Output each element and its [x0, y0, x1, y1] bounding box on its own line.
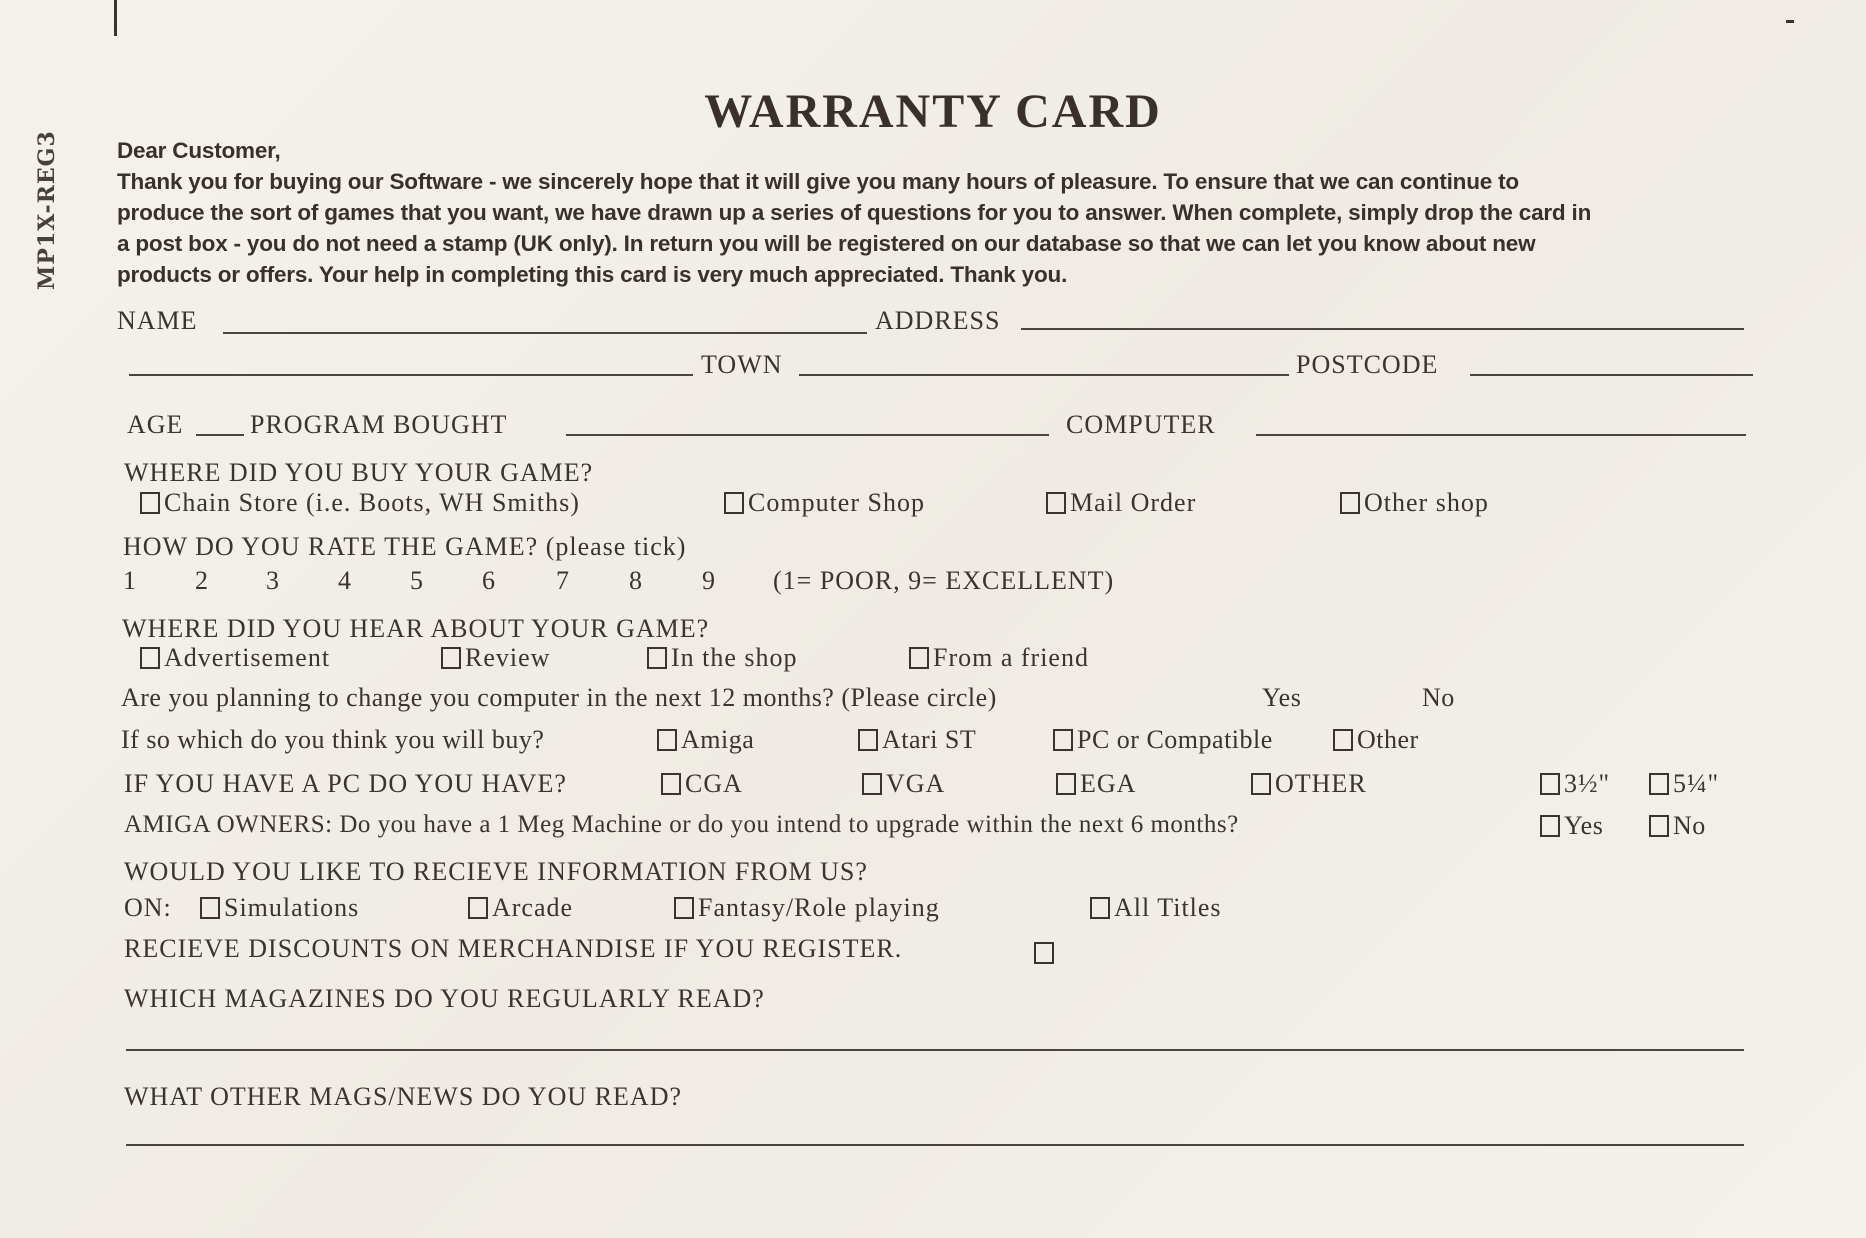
- option-amiga-no[interactable]: No: [1649, 811, 1706, 841]
- address-field[interactable]: [1021, 328, 1744, 330]
- option-simulations[interactable]: Simulations: [200, 893, 359, 923]
- option-pc-compatible[interactable]: PC or Compatible: [1053, 725, 1273, 755]
- checkbox[interactable]: [661, 773, 681, 795]
- checkbox[interactable]: [1251, 773, 1271, 795]
- option-cga[interactable]: CGA: [661, 769, 743, 799]
- option-in-the-shop[interactable]: In the shop: [647, 643, 798, 673]
- rating-9[interactable]: 9: [702, 566, 716, 596]
- option-other-computer[interactable]: Other: [1333, 725, 1419, 755]
- checkbox[interactable]: [858, 729, 878, 751]
- name-label: NAME: [117, 306, 198, 336]
- checkbox[interactable]: [1056, 773, 1076, 795]
- option-all-titles[interactable]: All Titles: [1090, 893, 1222, 923]
- checkbox[interactable]: [909, 647, 929, 669]
- info-question: WOULD YOU LIKE TO RECIEVE INFORMATION FR…: [124, 857, 868, 887]
- option-amiga[interactable]: Amiga: [657, 725, 754, 755]
- option-atari-st[interactable]: Atari ST: [858, 725, 976, 755]
- rating-2[interactable]: 2: [195, 566, 209, 596]
- checkbox[interactable]: [1340, 492, 1360, 514]
- checkbox[interactable]: [441, 647, 461, 669]
- rating-3[interactable]: 3: [266, 566, 280, 596]
- program-bought-label: PROGRAM BOUGHT: [250, 410, 507, 440]
- option-from-a-friend[interactable]: From a friend: [909, 643, 1089, 673]
- checkbox[interactable]: [1053, 729, 1073, 751]
- other-mags-question: WHAT OTHER MAGS/NEWS DO YOU READ?: [124, 1082, 682, 1112]
- checkbox[interactable]: [724, 492, 744, 514]
- town-field[interactable]: [799, 374, 1289, 376]
- form-code: MP1X-REG3: [34, 130, 60, 290]
- rating-7[interactable]: 7: [556, 566, 570, 596]
- name-field[interactable]: [223, 332, 867, 334]
- checkbox[interactable]: [468, 897, 488, 919]
- pc-have-question: IF YOU HAVE A PC DO YOU HAVE?: [124, 769, 567, 799]
- checkbox[interactable]: [1540, 815, 1560, 837]
- postcode-label: POSTCODE: [1296, 350, 1438, 380]
- which-buy-question: If so which do you think you will buy?: [121, 725, 544, 755]
- rating-4[interactable]: 4: [338, 566, 352, 596]
- checkbox[interactable]: [862, 773, 882, 795]
- trim-mark: [1786, 20, 1794, 23]
- checkbox[interactable]: [1333, 729, 1353, 751]
- warranty-card: MP1X-REG3 WARRANTY CARD Dear Customer, T…: [0, 0, 1866, 1238]
- change-computer-question: Are you planning to change you computer …: [121, 683, 997, 713]
- town-label: TOWN: [701, 350, 783, 380]
- option-review[interactable]: Review: [441, 643, 550, 673]
- card-title: WARRANTY CARD: [0, 84, 1866, 139]
- other-mags-field[interactable]: [126, 1144, 1744, 1146]
- trim-mark: [114, 0, 117, 36]
- program-bought-field[interactable]: [566, 434, 1049, 436]
- rating-8[interactable]: 8: [629, 566, 643, 596]
- intro-line: a post box - you do not need a stamp (UK…: [117, 228, 1747, 259]
- intro-line: Thank you for buying our Software - we s…: [117, 166, 1747, 197]
- where-hear-question: WHERE DID YOU HEAR ABOUT YOUR GAME?: [122, 614, 709, 644]
- checkbox[interactable]: [1649, 815, 1669, 837]
- option-other-shop[interactable]: Other shop: [1340, 488, 1489, 518]
- age-label: AGE: [127, 410, 183, 440]
- intro-text: Dear Customer, Thank you for buying our …: [117, 135, 1747, 290]
- checkbox[interactable]: [200, 897, 220, 919]
- discounts-checkbox[interactable]: [1034, 942, 1054, 964]
- address-label: ADDRESS: [875, 306, 1000, 336]
- option-computer-shop[interactable]: Computer Shop: [724, 488, 925, 518]
- magazines-question: WHICH MAGAZINES DO YOU REGULARLY READ?: [124, 984, 765, 1014]
- rating-6[interactable]: 6: [482, 566, 496, 596]
- option-chain-store[interactable]: Chain Store (i.e. Boots, WH Smiths): [140, 488, 580, 518]
- rating-5[interactable]: 5: [410, 566, 424, 596]
- postcode-field[interactable]: [1470, 374, 1753, 376]
- amiga-question: AMIGA OWNERS: Do you have a 1 Meg Machin…: [124, 811, 1239, 839]
- checkbox[interactable]: [1649, 773, 1669, 795]
- option-amiga-yes[interactable]: Yes: [1540, 811, 1603, 841]
- address-line-2-field[interactable]: [129, 374, 693, 376]
- rating-1[interactable]: 1: [123, 566, 137, 596]
- on-label: ON:: [124, 893, 172, 923]
- computer-label: COMPUTER: [1066, 410, 1216, 440]
- change-computer-no[interactable]: No: [1422, 683, 1455, 713]
- change-computer-yes[interactable]: Yes: [1262, 683, 1301, 713]
- option-ega[interactable]: EGA: [1056, 769, 1136, 799]
- checkbox[interactable]: [140, 492, 160, 514]
- option-arcade[interactable]: Arcade: [468, 893, 573, 923]
- checkbox[interactable]: [1540, 773, 1560, 795]
- checkbox[interactable]: [657, 729, 677, 751]
- intro-line: products or offers. Your help in complet…: [117, 259, 1747, 290]
- checkbox[interactable]: [1090, 897, 1110, 919]
- option-disk-5-25[interactable]: 5¼": [1649, 769, 1719, 799]
- age-field[interactable]: [196, 434, 244, 436]
- rating-legend: (1= POOR, 9= EXCELLENT): [773, 566, 1114, 596]
- checkbox[interactable]: [647, 647, 667, 669]
- option-mail-order[interactable]: Mail Order: [1046, 488, 1196, 518]
- checkbox[interactable]: [674, 897, 694, 919]
- option-fantasy-role-playing[interactable]: Fantasy/Role playing: [674, 893, 940, 923]
- option-vga[interactable]: VGA: [862, 769, 945, 799]
- greeting: Dear Customer,: [117, 135, 1747, 166]
- magazines-field[interactable]: [126, 1049, 1744, 1051]
- option-other-graphics[interactable]: OTHER: [1251, 769, 1367, 799]
- where-buy-question: WHERE DID YOU BUY YOUR GAME?: [124, 458, 593, 488]
- option-advertisement[interactable]: Advertisement: [140, 643, 330, 673]
- computer-field[interactable]: [1256, 434, 1746, 436]
- rating-question: HOW DO YOU RATE THE GAME? (please tick): [123, 532, 686, 562]
- checkbox[interactable]: [1046, 492, 1066, 514]
- intro-line: produce the sort of games that you want,…: [117, 197, 1747, 228]
- checkbox[interactable]: [140, 647, 160, 669]
- option-disk-3-5[interactable]: 3½": [1540, 769, 1610, 799]
- discounts-label: RECIEVE DISCOUNTS ON MERCHANDISE IF YOU …: [124, 934, 902, 964]
